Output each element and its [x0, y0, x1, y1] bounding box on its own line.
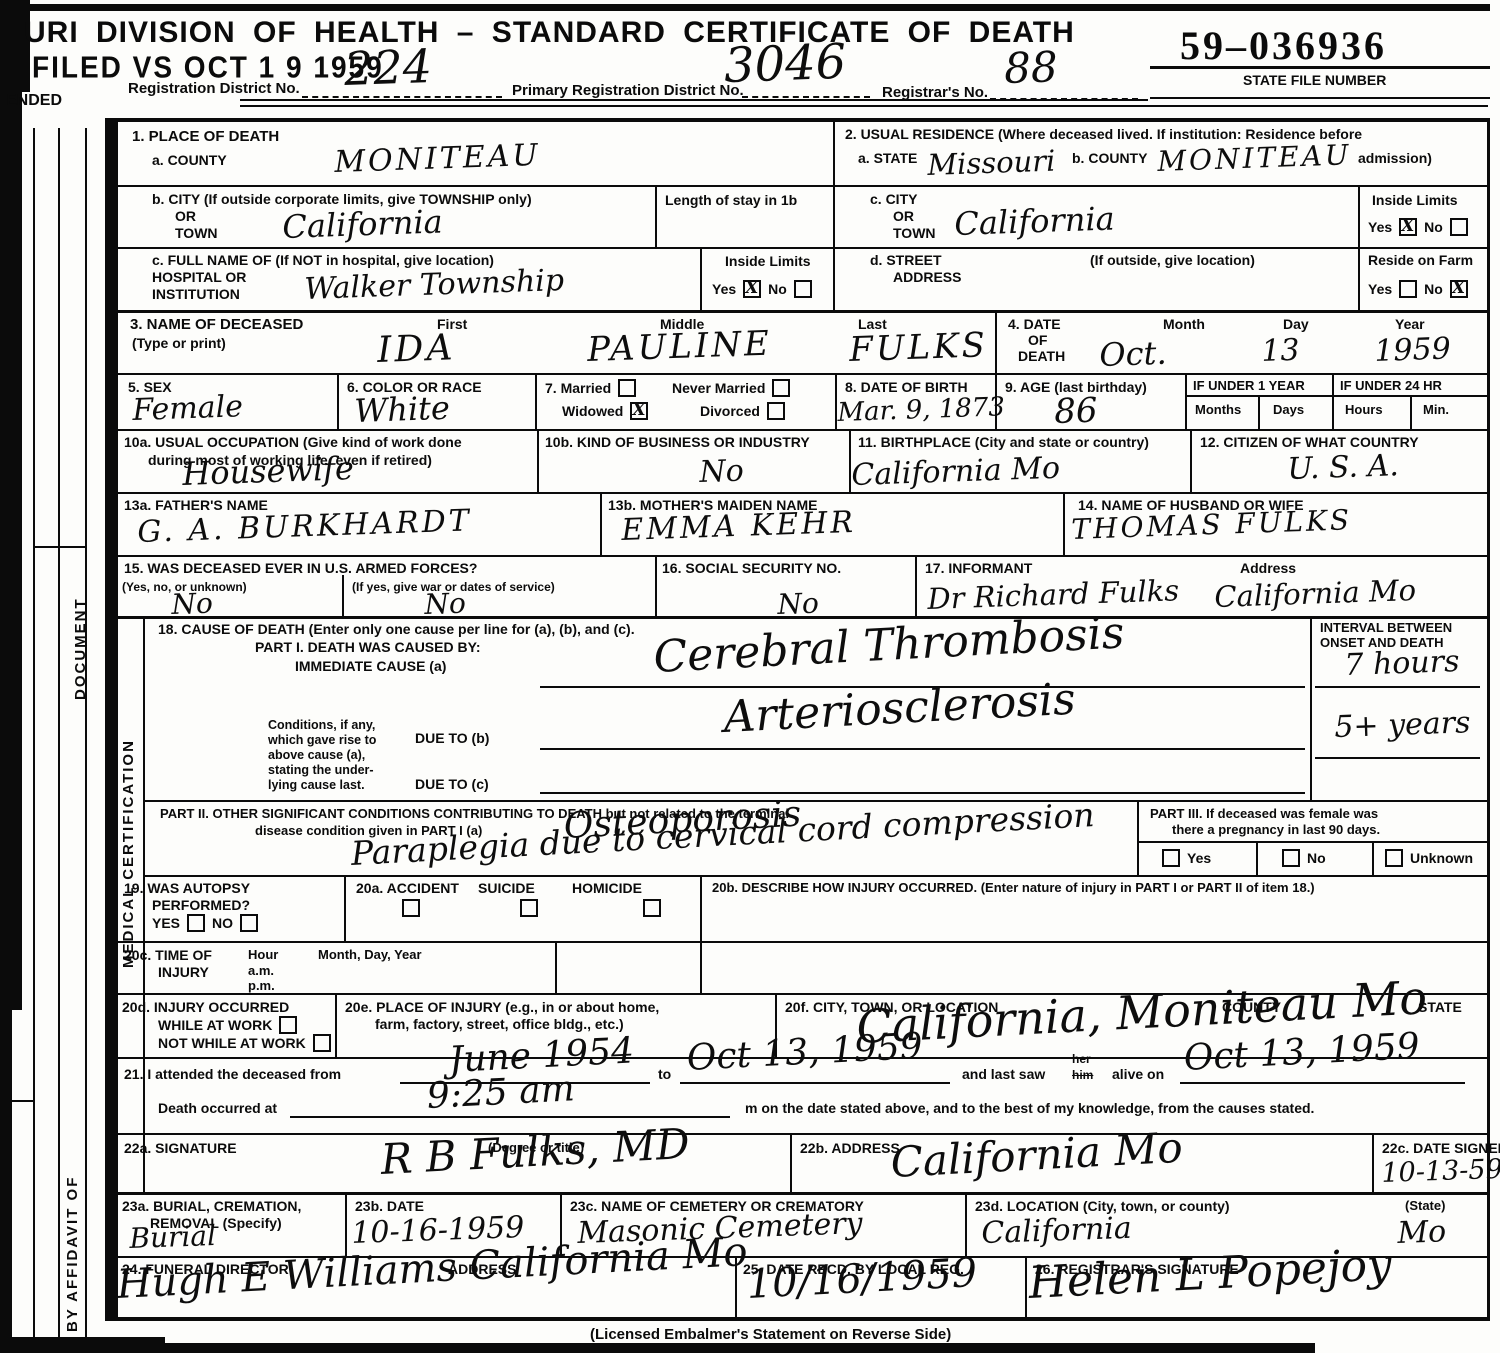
middle-name-value: Pauline	[587, 324, 773, 370]
rule	[118, 941, 700, 943]
armed-forces-value1: No	[171, 587, 213, 621]
days-label: Days	[1273, 402, 1304, 417]
never-married-checkbox	[772, 379, 790, 397]
residence-city-value: California	[954, 199, 1116, 243]
rule	[1185, 395, 1488, 397]
hours-label: Hours	[1345, 402, 1383, 417]
margin-medical-certification-label: MEDICAL CERTIFICATION	[120, 739, 137, 968]
not-while-at-work-checkbox	[313, 1034, 331, 1052]
inside-limits-label: Inside Limits	[725, 253, 811, 269]
widowed-label: Widowed	[562, 403, 623, 419]
death-day-label: Day	[1283, 316, 1309, 332]
alive-on-label: alive on	[1112, 1066, 1164, 1082]
armed-forces-value2: No	[424, 587, 466, 621]
residence-or-label: OR	[893, 208, 914, 224]
street-address-label: ADDRESS	[893, 269, 961, 285]
rule	[302, 96, 502, 98]
rule	[655, 185, 657, 247]
rule	[995, 310, 997, 373]
autopsy-no-label: NO	[212, 915, 233, 931]
burial-value: Burial	[129, 1219, 217, 1255]
widowed-group: Widowed	[562, 402, 648, 420]
rule	[1258, 395, 1260, 429]
first-name-value: Ida	[377, 327, 456, 371]
date-received-value: 10/16/1959	[746, 1250, 979, 1308]
physician-signature: R B Fulks, MD	[379, 1119, 690, 1184]
interval-b-value: 5+ years	[1334, 705, 1471, 745]
autopsy-yes-label: YES	[152, 915, 180, 931]
city-value: California	[282, 202, 444, 246]
death-certificate-scan: URI DIVISION OF HEALTH – STANDARD CERTIF…	[0, 0, 1500, 1353]
rule	[700, 875, 702, 993]
reside-on-farm-group: Yes No	[1368, 280, 1468, 298]
death-occurred-label2: m on the date stated above, and to the b…	[745, 1100, 1314, 1116]
embalmer-note: (Licensed Embalmer's Statement on Revers…	[590, 1326, 951, 1343]
registration-district-label: Registration District No.	[128, 80, 300, 97]
min-label: Min.	[1423, 402, 1449, 417]
margin-by-affidavit-label: BY AFFIDAVIT OF	[64, 1176, 81, 1332]
rule	[1150, 66, 1490, 69]
inside-limits-no-checkbox	[794, 280, 812, 298]
pregnancy-unknown-label: Unknown	[1410, 850, 1473, 866]
suicide-label: SUICIDE	[478, 880, 535, 896]
while-at-work-label: WHILE AT WORK	[158, 1017, 272, 1033]
length-of-stay-label: Length of stay in 1b	[665, 192, 797, 208]
death-year-value: 1959	[1374, 331, 1452, 369]
mothers-maiden-name-value: Emma Kehr	[621, 505, 857, 548]
no-label: No	[1424, 281, 1443, 297]
accident-label: 20a. ACCIDENT	[356, 880, 459, 896]
residence-state-value: Missouri	[927, 144, 1056, 182]
rule	[1185, 373, 1187, 429]
never-married-group: Never Married	[672, 379, 790, 397]
usual-residence-title2: admission)	[1358, 150, 1432, 166]
registrar-signature-value: Helen L Popejoy	[1027, 1239, 1393, 1309]
accident-checkbox	[402, 899, 420, 917]
informant-value: Dr Richard Fulks	[927, 573, 1180, 616]
rule	[118, 310, 1488, 313]
informant-label: 17. INFORMANT	[925, 560, 1032, 576]
last-saw-label: and last saw	[962, 1066, 1045, 1082]
rule	[345, 1192, 347, 1256]
hospital-label3: INSTITUTION	[152, 286, 240, 302]
pregnancy-no-label: No	[1307, 850, 1326, 866]
rule	[105, 1317, 1490, 1321]
name-of-deceased-title: 3. NAME OF DECEASED	[130, 316, 303, 333]
farm-yes-checkbox	[1399, 280, 1417, 298]
state-file-number: 59–036936	[1180, 22, 1387, 69]
no-label: No	[1424, 219, 1443, 235]
rule	[1358, 185, 1360, 310]
married-label: 7. Married	[545, 380, 611, 396]
not-while-at-work-group: NOT WHILE AT WORK	[158, 1034, 331, 1052]
rule	[540, 792, 1305, 794]
rule	[1332, 373, 1334, 429]
no-label: No	[768, 281, 787, 297]
burial-label1: 23a. BURIAL, CREMATION,	[122, 1198, 301, 1214]
rule	[33, 546, 87, 548]
death-month-label: Month	[1163, 316, 1205, 332]
her-annotation: her	[1072, 1052, 1091, 1066]
rule	[1315, 686, 1480, 688]
scan-edge-artifact	[0, 0, 22, 1010]
city-or-label: OR	[175, 208, 196, 224]
amended-label-fragment: ENDED	[6, 92, 62, 110]
attended-label: 21. I attended the deceased from	[124, 1066, 341, 1082]
rule	[344, 875, 346, 941]
injury-occurred-label: 20d. INJURY OCCURRED	[122, 999, 289, 1015]
conditions-note-line1: Conditions, if any,	[268, 718, 375, 733]
rule	[1315, 757, 1480, 759]
date-of-birth-label: 8. DATE OF BIRTH	[845, 379, 968, 395]
attended-to-label: to	[658, 1066, 671, 1082]
rule	[8, 1100, 35, 1102]
autopsy-group: YES NO	[152, 914, 258, 932]
date-of-death-title: 4. DATE	[1008, 316, 1061, 332]
citizen-value: U. S. A.	[1287, 448, 1400, 487]
place-inside-limits-group: Yes No	[712, 280, 812, 298]
business-label: 10b. KIND OF BUSINESS OR INDUSTRY	[545, 434, 810, 450]
occupation-value: Housewife	[182, 449, 355, 493]
conditions-note-line4: stating the under-	[268, 763, 374, 778]
pregnancy-no-group: No	[1282, 849, 1326, 867]
rule	[1256, 841, 1258, 875]
married-group: 7. Married	[545, 379, 636, 397]
rule	[335, 993, 337, 1057]
rule	[342, 575, 344, 616]
attended-to-value: Oct 13, 1959	[686, 1026, 924, 1079]
type-or-print-label: (Type or print)	[132, 335, 226, 351]
interval-a-value: 7 hours	[1344, 644, 1460, 683]
rule	[1150, 97, 1490, 99]
rule	[118, 555, 1488, 557]
rule	[118, 1133, 1488, 1135]
rule	[143, 800, 1488, 802]
pm-label: p.m.	[248, 978, 275, 993]
age-value: 86	[1054, 391, 1099, 432]
due-to-b-value: Arteriosclerosis	[722, 674, 1076, 743]
date-of-death-title2: OF	[1028, 332, 1047, 348]
rule	[537, 429, 539, 492]
form-title: URI DIVISION OF HEALTH – STANDARD CERTIF…	[24, 16, 1075, 50]
suicide-checkbox	[520, 899, 538, 917]
rule	[1025, 1256, 1027, 1318]
conditions-note-line3: above cause (a),	[268, 748, 365, 763]
rule	[1180, 1082, 1465, 1084]
pregnancy-yes-checkbox	[1162, 849, 1180, 867]
color-race-value: White	[354, 389, 451, 430]
rule	[118, 247, 1488, 249]
sex-value: Female	[132, 389, 244, 428]
hour-label: Hour	[248, 947, 278, 962]
death-occurred-label: Death occurred at	[158, 1100, 277, 1116]
scan-edge-artifact	[20, 4, 1490, 11]
business-value: No	[699, 453, 745, 490]
rule	[535, 373, 537, 429]
signer-address-label: 22b. ADDRESS	[800, 1140, 900, 1156]
date-of-birth-value: Mar. 9, 1873	[837, 392, 1005, 428]
rule	[118, 492, 1488, 494]
pregnancy-yes-group: Yes	[1162, 849, 1211, 867]
residence-county-label: b. COUNTY	[1072, 150, 1147, 166]
autopsy-no-checkbox	[240, 914, 258, 932]
homicide-checkbox	[643, 899, 661, 917]
registrars-no-value: 88	[1003, 42, 1058, 93]
hospital-label2: HOSPITAL OR	[152, 269, 246, 285]
residence-inside-limits-label: Inside Limits	[1372, 192, 1458, 208]
yes-label: Yes	[1368, 219, 1392, 235]
last-name-value: Fulks	[849, 325, 989, 370]
due-to-c-label: DUE TO (c)	[415, 776, 489, 792]
rule	[1310, 616, 1312, 800]
rule	[118, 429, 1488, 431]
rule	[790, 1133, 792, 1192]
part1-label: PART I. DEATH WAS CAUSED BY:	[255, 639, 481, 655]
street-note-label: (If outside, give location)	[1090, 252, 1255, 268]
birthplace-label: 11. BIRTHPLACE (City and state or countr…	[858, 434, 1149, 450]
yes-label: Yes	[712, 281, 736, 297]
rule	[118, 1192, 1488, 1195]
burial-date-label: 23b. DATE	[355, 1198, 424, 1214]
time-of-injury-label2: INJURY	[158, 964, 209, 980]
part3-label1: PART III. If deceased was female was	[1150, 806, 1378, 821]
if-under-1-year-label: IF UNDER 1 YEAR	[1193, 378, 1305, 393]
rule	[105, 118, 1490, 122]
ssn-label: 16. SOCIAL SECURITY NO.	[662, 560, 841, 576]
pregnancy-unknown-checkbox	[1385, 849, 1403, 867]
am-label: a.m.	[248, 963, 274, 978]
rule	[1410, 395, 1412, 429]
rule	[337, 373, 339, 429]
scan-edge-artifact	[0, 1005, 12, 1353]
rule	[118, 185, 1488, 187]
residence-inside-limits-group: Yes No	[1368, 218, 1468, 236]
signature-label: 22a. SIGNATURE	[124, 1140, 237, 1156]
street-label: d. STREET	[870, 252, 942, 268]
rule	[555, 941, 557, 993]
pregnancy-yes-label: Yes	[1187, 850, 1211, 866]
pregnancy-unknown-group: Unknown	[1385, 849, 1473, 867]
inside-limits-yes-checkbox	[743, 280, 761, 298]
rule	[143, 616, 145, 1192]
cemetery-state-label: (State)	[1405, 1198, 1445, 1213]
him-struck-label: him	[1072, 1068, 1093, 1082]
residence-town-label: TOWN	[893, 225, 936, 241]
describe-injury-label: 20b. DESCRIBE HOW INJURY OCCURRED. (Ente…	[712, 880, 1315, 895]
residence-county-value: Moniteau	[1157, 138, 1352, 178]
armed-forces-label: 15. WAS DECEASED EVER IN U.S. ARMED FORC…	[124, 560, 477, 576]
rule	[680, 1082, 950, 1084]
rule	[1372, 1133, 1374, 1192]
homicide-label: HOMICIDE	[572, 880, 642, 896]
form-left-border	[105, 118, 118, 1320]
cemetery-state-value: Mo	[1397, 1214, 1447, 1251]
rule	[85, 128, 87, 1338]
conditions-note-line2: which gave rise to	[268, 733, 376, 748]
occupation-label: 10a. USUAL OCCUPATION (Give kind of work…	[124, 434, 462, 450]
divorced-group: Divorced	[700, 402, 785, 420]
scan-edge-artifact	[0, 1337, 165, 1353]
residence-state-label: a. STATE	[858, 150, 917, 166]
interval-label1: INTERVAL BETWEEN	[1320, 620, 1452, 635]
rule	[742, 96, 870, 98]
rule	[915, 555, 917, 616]
county-label: a. COUNTY	[152, 152, 227, 168]
autopsy-label2: PERFORMED?	[152, 897, 250, 913]
hospital-value: Walker Township	[304, 263, 565, 307]
county-value: Moniteau	[334, 138, 541, 180]
date-of-death-title3: DEATH	[1018, 348, 1065, 364]
immediate-cause-label: IMMEDIATE CAUSE (a)	[295, 658, 446, 674]
rule	[240, 99, 1148, 101]
registration-district-value: 224	[343, 39, 433, 96]
death-time-value: 9:25 am	[426, 1068, 576, 1117]
not-while-at-work-label: NOT WHILE AT WORK	[158, 1035, 306, 1051]
city-label: b. CITY (If outside corporate limits, gi…	[152, 191, 532, 207]
pregnancy-no-checkbox	[1282, 849, 1300, 867]
due-to-b-label: DUE TO (b)	[415, 730, 489, 746]
rule	[965, 1192, 967, 1256]
rule	[540, 748, 1305, 750]
divorced-checkbox	[767, 402, 785, 420]
rule	[600, 492, 602, 555]
farm-no-checkbox	[1450, 280, 1468, 298]
if-under-24-hr-label: IF UNDER 24 HR	[1340, 378, 1442, 393]
never-married-label: Never Married	[672, 380, 765, 396]
ssn-value: No	[777, 587, 819, 621]
rule	[1063, 492, 1065, 555]
time-of-injury-label1: 20c. TIME OF	[124, 947, 212, 963]
rule	[833, 118, 835, 310]
rule	[700, 247, 702, 310]
margin-document-label: DOCUMENT	[72, 597, 89, 700]
autopsy-yes-checkbox	[187, 914, 205, 932]
place-of-injury-label2: farm, factory, street, office bldg., etc…	[375, 1016, 624, 1032]
place-of-injury-label1: 20e. PLACE OF INJURY (e.g., in or about …	[345, 999, 659, 1015]
death-day-value: 13	[1261, 333, 1300, 369]
birthplace-value: California Mo	[851, 451, 1061, 493]
death-year-label: Year	[1395, 316, 1425, 332]
informant-address-value: California Mo	[1214, 573, 1417, 614]
rule	[1372, 841, 1374, 875]
state-file-number-label: STATE FILE NUMBER	[1243, 72, 1386, 88]
informant-address-label: Address	[1240, 560, 1296, 576]
married-checkbox	[618, 379, 636, 397]
cemetery-location-value: California	[981, 1211, 1132, 1251]
rule	[700, 941, 1488, 943]
months-label: Months	[1195, 402, 1241, 417]
while-at-work-checkbox	[279, 1016, 297, 1034]
residence-inside-yes-checkbox	[1399, 218, 1417, 236]
divorced-label: Divorced	[700, 403, 760, 419]
hospital-label: c. FULL NAME OF (If NOT in hospital, giv…	[152, 252, 494, 268]
widowed-checkbox	[630, 402, 648, 420]
residence-city-label: c. CITY	[870, 191, 917, 207]
month-day-year-label: Month, Day, Year	[318, 947, 422, 962]
rule	[118, 373, 1488, 375]
rule	[1190, 429, 1192, 492]
rule	[1137, 841, 1488, 843]
reside-on-farm-label: Reside on Farm	[1368, 252, 1473, 268]
death-month-value: Oct.	[1099, 334, 1167, 374]
rule	[58, 128, 60, 1338]
city-town-label: TOWN	[175, 225, 218, 241]
primary-district-label: Primary Registration District No.	[512, 82, 744, 99]
rule	[1137, 800, 1139, 875]
part3-label2: there a pregnancy in last 90 days.	[1172, 822, 1380, 837]
residence-inside-no-checkbox	[1450, 218, 1468, 236]
rule	[290, 1116, 730, 1118]
cause-of-death-label: 18. CAUSE OF DEATH (Enter only one cause…	[158, 621, 635, 637]
date-signed-value: 10-13-59	[1381, 1154, 1500, 1189]
rule	[33, 128, 35, 1338]
autopsy-label1: 19. WAS AUTOPSY	[124, 880, 250, 896]
rule	[655, 555, 657, 616]
conditions-note-line5: lying cause last.	[268, 778, 365, 793]
rule	[240, 105, 1488, 107]
yes-label: Yes	[1368, 281, 1392, 297]
place-of-death-title: 1. PLACE OF DEATH	[132, 128, 279, 145]
while-at-work-group: WHILE AT WORK	[158, 1016, 297, 1034]
scan-edge-artifact	[150, 1343, 1315, 1353]
